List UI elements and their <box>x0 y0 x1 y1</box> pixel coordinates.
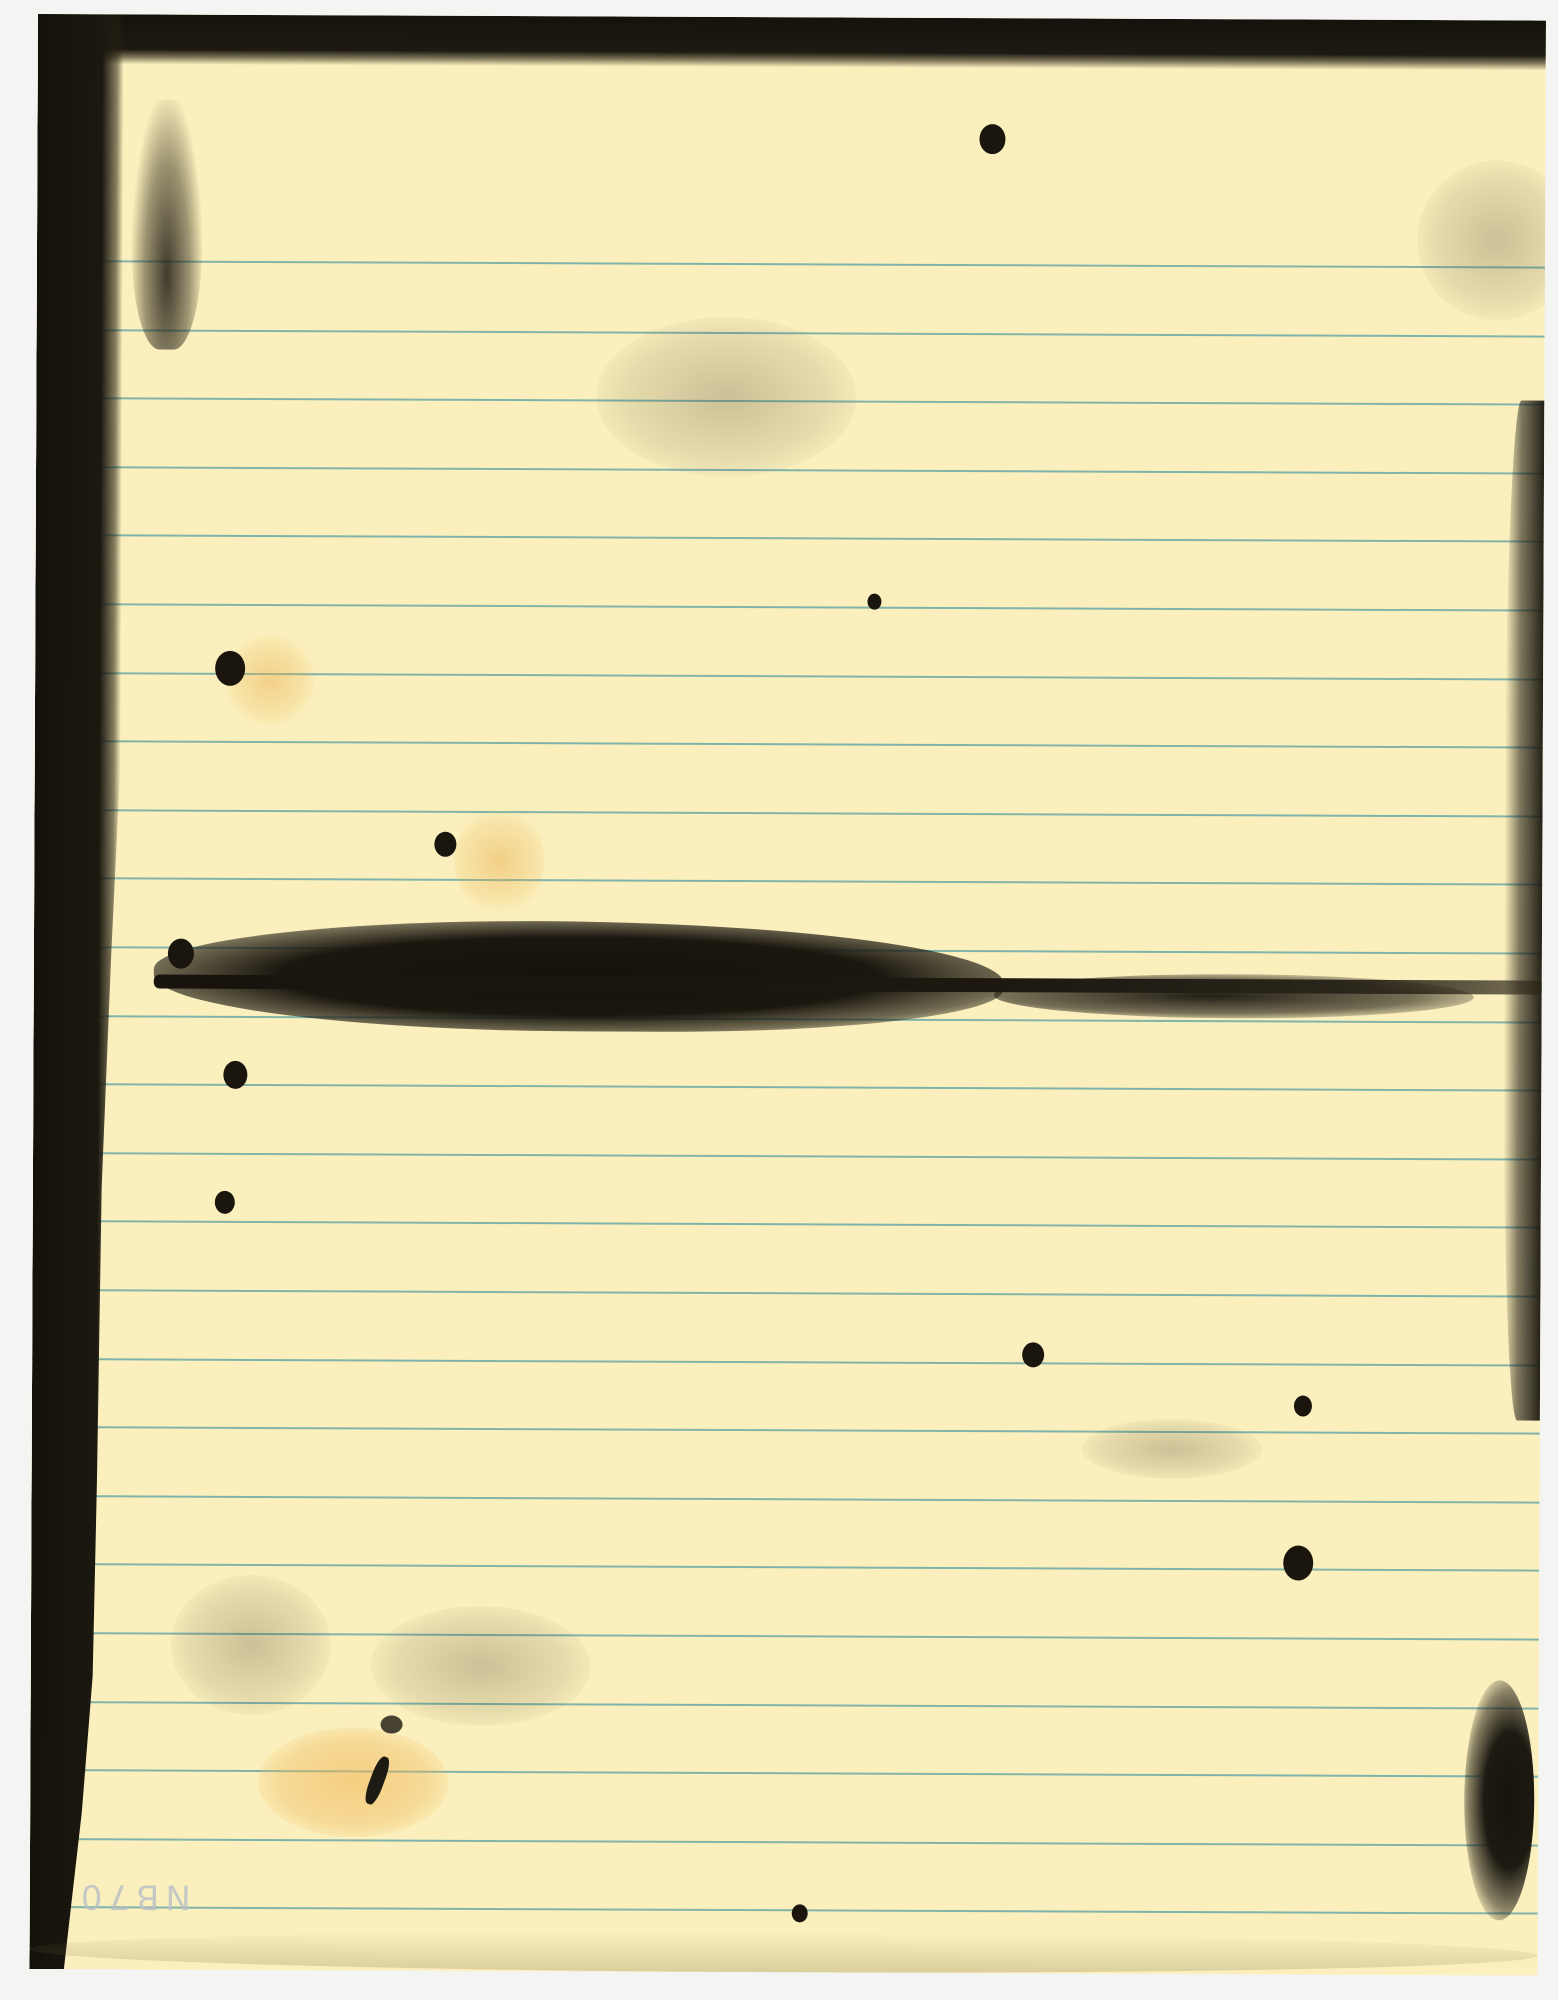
ink-dot <box>381 1716 403 1734</box>
gray-smudge <box>1417 160 1546 321</box>
ink-band-right <box>1502 400 1544 1420</box>
ruled-line <box>33 1083 1541 1092</box>
ink-dot <box>979 124 1005 154</box>
ruled-line <box>30 1838 1538 1847</box>
ruled-line <box>35 603 1543 612</box>
ink-dot <box>168 939 194 969</box>
ink-band-left <box>29 14 124 1969</box>
ink-band-top <box>38 14 1546 71</box>
ruled-line <box>32 1495 1540 1504</box>
ink-dot <box>1022 1342 1044 1367</box>
stain-halo <box>454 806 544 916</box>
ink-dot <box>215 1191 235 1214</box>
orange-stain <box>258 1727 448 1838</box>
ruled-line <box>32 1426 1540 1435</box>
ruled-line <box>30 1769 1538 1778</box>
bottom-edge-debris <box>29 1929 1537 1976</box>
ink-blot-bottom-right <box>1464 1680 1535 1920</box>
ruled-line <box>32 1358 1540 1367</box>
ink-dot <box>1283 1545 1313 1580</box>
ruled-line <box>32 1289 1540 1298</box>
ruled-line <box>34 877 1542 886</box>
ruled-line <box>30 1906 1538 1915</box>
ruled-line <box>35 740 1543 749</box>
gray-smudge <box>1082 1419 1262 1480</box>
ruled-line <box>33 1152 1541 1161</box>
ruled-paper-sheet: NB70 <box>29 14 1546 1976</box>
ruled-line <box>33 1220 1541 1229</box>
ink-dot <box>1294 1395 1312 1416</box>
gray-smudge <box>171 1575 332 1716</box>
ink-dot <box>223 1061 247 1089</box>
gray-smudge <box>596 316 857 477</box>
gray-smudge <box>371 1605 592 1726</box>
ink-dot <box>434 832 456 857</box>
ruled-line <box>36 466 1544 475</box>
ruled-line <box>35 809 1543 818</box>
ink-dot <box>215 651 245 686</box>
ruled-line <box>37 260 1545 269</box>
pencil-inscription: NB70 <box>75 1876 191 1917</box>
ink-dot <box>792 1904 808 1922</box>
ink-dot <box>867 594 881 610</box>
ruled-line <box>36 534 1544 543</box>
ink-streak-top-left <box>132 99 203 349</box>
